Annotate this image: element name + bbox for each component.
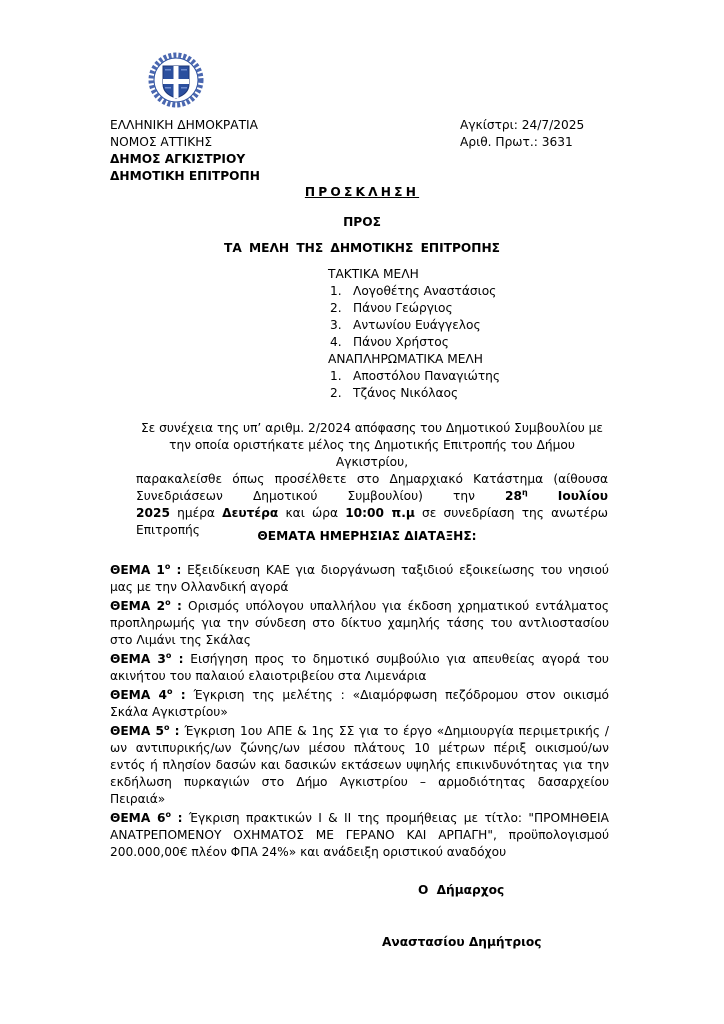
protocol-number: Αριθ. Πρωτ.: 3631 bbox=[460, 134, 584, 151]
agenda-heading: ΘΕΜΑΤΑ ΗΜΕΡΗΣΙΑΣ ΔΙΑΤΑΞΗΣ: bbox=[0, 528, 724, 545]
list-item: 2.Πάνου Γεώργιος bbox=[328, 300, 500, 317]
meeting-day: 28 bbox=[505, 489, 522, 503]
substitute-members-heading: ΑΝΑΠΛΗΡΩΜΑΤΙΚΑ ΜΕΛΗ bbox=[328, 351, 500, 368]
body-line: Συνεδριάσεων Δημοτικού Συμβουλίου) την 2… bbox=[136, 488, 608, 505]
list-item: 4.Πάνου Χρήστος bbox=[328, 334, 500, 351]
issuer-country: ΕΛΛΗΝΙΚΗ ΔΗΜΟΚΡΑΤΙΑ bbox=[110, 117, 260, 134]
place-date: Αγκίστρι: 24/7/2025 bbox=[460, 117, 584, 134]
signatory-title: Ο Δήμαρχος bbox=[418, 882, 504, 899]
body-line: την οποία οριστήκατε μέλος της Δημοτικής… bbox=[136, 437, 608, 471]
members-list: ΤΑΚΤΙΚΑ ΜΕΛΗ 1.Λογοθέτης Αναστάσιος 2.Πά… bbox=[328, 266, 500, 402]
agenda-item: ΘΕΜΑ 4ο : Έγκριση της μελέτης : «Διαμόρφ… bbox=[110, 687, 609, 721]
list-item: 2.Τζάνος Νικόλαος bbox=[328, 385, 500, 402]
agenda-item: ΘΕΜΑ 6ο : Έγκριση πρακτικών Ι & ΙΙ της π… bbox=[110, 810, 609, 861]
meeting-weekday: Δευτέρα bbox=[222, 506, 278, 520]
agenda-item: ΘΕΜΑ 2ο : Ορισμός υπόλογου υπαλλήλου για… bbox=[110, 598, 609, 649]
list-item: 1.Αποστόλου Παναγιώτης bbox=[328, 368, 500, 385]
agenda-item: ΘΕΜΑ 1ο : Εξειδίκευση ΚΑΕ για διοργάνωση… bbox=[110, 562, 609, 596]
greek-coat-of-arms-icon bbox=[148, 52, 204, 108]
list-item: 1.Λογοθέτης Αναστάσιος bbox=[328, 283, 500, 300]
document-meta: Αγκίστρι: 24/7/2025 Αριθ. Πρωτ.: 3631 bbox=[460, 117, 584, 151]
recipients-heading: ΤΑ ΜΕΛΗ ΤΗΣ ΔΗΜΟΤΙΚΗΣ ΕΠΙΤΡΟΠΗΣ bbox=[0, 240, 724, 257]
invitation-body: Σε συνέχεια της υπ’ αριθμ. 2/2024 απόφασ… bbox=[136, 420, 608, 539]
regular-members-heading: ΤΑΚΤΙΚΑ ΜΕΛΗ bbox=[328, 266, 500, 283]
meeting-month: Ιουλίου bbox=[558, 489, 608, 503]
meeting-time: 10:00 π.μ bbox=[345, 506, 415, 520]
body-line: παρακαλείσθε όπως προσέλθετε στο Δημαρχι… bbox=[136, 471, 608, 488]
agenda-item: ΘΕΜΑ 3ο : Εισήγηση προς το δημοτικό συμβ… bbox=[110, 651, 609, 685]
signatory-name: Αναστασίου Δημήτριος bbox=[382, 934, 541, 951]
list-item: 3.Αντωνίου Ευάγγελος bbox=[328, 317, 500, 334]
agenda-item: ΘΕΜΑ 5ο : Έγκριση 1ου ΑΠΕ & 1ης ΣΣ για τ… bbox=[110, 723, 609, 808]
body-line: Σε συνέχεια της υπ’ αριθμ. 2/2024 απόφασ… bbox=[136, 420, 608, 437]
to-label: ΠΡΟΣ bbox=[0, 214, 724, 231]
issuer-committee: ΔΗΜΟΤΙΚΗ ΕΠΙΤΡΟΠΗ bbox=[110, 168, 260, 185]
issuer-block: ΕΛΛΗΝΙΚΗ ΔΗΜΟΚΡΑΤΙΑ ΝΟΜΟΣ ΑΤΤΙΚΗΣ ΔΗΜΟΣ … bbox=[110, 117, 260, 185]
issuer-prefecture: ΝΟΜΟΣ ΑΤΤΙΚΗΣ bbox=[110, 134, 260, 151]
document-title: ΠΡΟΣΚΛΗΣΗ bbox=[0, 184, 724, 201]
issuer-municipality: ΔΗΜΟΣ ΑΓΚΙΣΤΡΙΟΥ bbox=[110, 151, 260, 168]
agenda-topics: ΘΕΜΑ 1ο : Εξειδίκευση ΚΑΕ για διοργάνωση… bbox=[110, 562, 609, 861]
meeting-year: 2025 bbox=[136, 506, 170, 520]
